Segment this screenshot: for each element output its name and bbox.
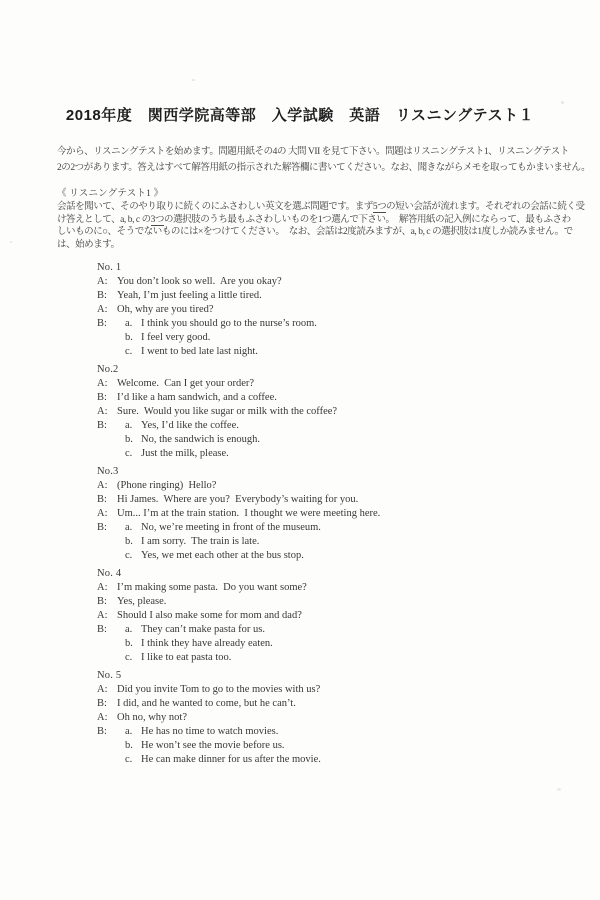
option-row: a.He has no time to watch movies. bbox=[125, 725, 321, 739]
option-letter: b. bbox=[125, 739, 141, 753]
options-row: B: a.Yes, I’d like the coffee. b.No, the… bbox=[97, 419, 543, 461]
speaker-label: B: bbox=[97, 725, 117, 739]
scan-artifact bbox=[10, 241, 12, 243]
speaker-label: B: bbox=[97, 521, 117, 535]
option-row: c.I went to bed late last night. bbox=[125, 345, 317, 359]
question-block: No. 1 A:You don’t look so well. Are you … bbox=[97, 261, 543, 359]
option-letter: c. bbox=[125, 549, 141, 563]
dialogue-row: A:Did you invite Tom to go to the movies… bbox=[97, 683, 543, 697]
option-row: c.I like to eat pasta too. bbox=[125, 651, 273, 665]
options-group: a.He has no time to watch movies. b.He w… bbox=[125, 725, 321, 767]
options-group: a.Yes, I’d like the coffee. b.No, the sa… bbox=[125, 419, 260, 461]
option-letter: c. bbox=[125, 651, 141, 665]
underlined-count: 5つ bbox=[373, 202, 386, 213]
dialogue-text: Um... I’m at the train station. I though… bbox=[117, 507, 380, 521]
option-text: I think you should go to the nurse’s roo… bbox=[141, 317, 317, 331]
dialogue-row: A:Oh, why are you tired? bbox=[97, 303, 543, 317]
dialogue-text: Yeah, I’m just feeling a little tired. bbox=[117, 289, 262, 303]
speaker-label: A: bbox=[97, 377, 117, 391]
intro-paragraph: 今から、リスニングテストを始めます。問題用紙その4の 大問 VII を見て下さい… bbox=[57, 145, 543, 176]
option-letter: a. bbox=[125, 725, 141, 739]
option-text: I like to eat pasta too. bbox=[141, 651, 231, 665]
intro-line: 2の2つがあります。答えはすべて解答用紙の指示された解答欄に書いてください。なお… bbox=[57, 161, 543, 177]
question-block: No.2 A:Welcome. Can I get your order? B:… bbox=[97, 363, 543, 461]
option-text: He has no time to watch movies. bbox=[141, 725, 278, 739]
dialogue-text: Should I also make some for mom and dad? bbox=[117, 609, 302, 623]
intro-line: 今から、リスニングテストを始めます。問題用紙その4の 大問 VII を見て下さい… bbox=[57, 145, 543, 161]
option-text: No, the sandwich is enough. bbox=[141, 433, 260, 447]
underlined-count: 3つ bbox=[151, 215, 164, 226]
scan-artifact bbox=[192, 79, 195, 81]
dialogue-row: A:Sure. Would you like sugar or milk wit… bbox=[97, 405, 543, 419]
option-row: b.He won’t see the movie before us. bbox=[125, 739, 321, 753]
speaker-label: A: bbox=[97, 303, 117, 317]
option-text: They can’t make pasta for us. bbox=[141, 623, 265, 637]
question-number: No.3 bbox=[97, 465, 543, 479]
option-row: c.He can make dinner for us after the mo… bbox=[125, 753, 321, 767]
dialogue-row: A:I’m making some pasta. Do you want som… bbox=[97, 581, 543, 595]
option-row: b.No, the sandwich is enough. bbox=[125, 433, 260, 447]
dialogue-row: A:(Phone ringing) Hello? bbox=[97, 479, 543, 493]
speaker-label: A: bbox=[97, 581, 117, 595]
scan-artifact bbox=[561, 101, 564, 104]
description-text: 会話を聞いて、そのやり取りに続くのにふさわしい英文を選ぶ問題です。まず bbox=[57, 202, 373, 212]
question-number: No. 1 bbox=[97, 261, 543, 275]
dialogue-row: B:I’d like a ham sandwich, and a coffee. bbox=[97, 391, 543, 405]
option-row: a.Yes, I’d like the coffee. bbox=[125, 419, 260, 433]
question-number: No.2 bbox=[97, 363, 543, 377]
question-block: No. 4 A:I’m making some pasta. Do you wa… bbox=[97, 567, 543, 665]
dialogue-text: Sure. Would you like sugar or milk with … bbox=[117, 405, 337, 419]
option-text: He won’t see the movie before us. bbox=[141, 739, 285, 753]
speaker-label: A: bbox=[97, 275, 117, 289]
question-number: No. 5 bbox=[97, 669, 543, 683]
dialogue-row: B:I did, and he wanted to come, but he c… bbox=[97, 697, 543, 711]
dialogue-text: Welcome. Can I get your order? bbox=[117, 377, 254, 391]
option-text: I am sorry. The train is late. bbox=[141, 535, 259, 549]
description-line: しいものに○、そうでないものには×をつけてください。 なお、会話は2度読みますが… bbox=[57, 226, 543, 239]
description-text: しいものに○、そうでないものには×をつけてください。 なお、会話は2度読みますが… bbox=[57, 227, 573, 237]
option-row: b.I feel very good. bbox=[125, 331, 317, 345]
option-letter: c. bbox=[125, 345, 141, 359]
description-line: は、始めます。 bbox=[57, 239, 543, 252]
options-row: B: a.They can’t make pasta for us. b.I t… bbox=[97, 623, 543, 665]
options-group: a.They can’t make pasta for us. b.I thin… bbox=[125, 623, 273, 665]
option-row: a.I think you should go to the nurse’s r… bbox=[125, 317, 317, 331]
option-row: b.I am sorry. The train is late. bbox=[125, 535, 321, 549]
option-letter: a. bbox=[125, 521, 141, 535]
page-content: 今から、リスニングテストを始めます。問題用紙その4の 大問 VII を見て下さい… bbox=[0, 145, 600, 767]
option-letter: b. bbox=[125, 331, 141, 345]
dialogue-row: B:Yes, please. bbox=[97, 595, 543, 609]
option-text: Just the milk, please. bbox=[141, 447, 229, 461]
speaker-label: B: bbox=[97, 317, 117, 331]
dialogue-text: I’m making some pasta. Do you want some? bbox=[117, 581, 307, 595]
option-text: I went to bed late last night. bbox=[141, 345, 258, 359]
option-row: a.No, we’re meeting in front of the muse… bbox=[125, 521, 321, 535]
options-group: a.I think you should go to the nurse’s r… bbox=[125, 317, 317, 359]
option-text: He can make dinner for us after the movi… bbox=[141, 753, 321, 767]
option-letter: c. bbox=[125, 447, 141, 461]
speaker-label: B: bbox=[97, 289, 117, 303]
dialogue-row: A:Um... I’m at the train station. I thou… bbox=[97, 507, 543, 521]
description-text: の短い会話が流れます。それぞれの会話に続く受 bbox=[386, 202, 584, 212]
description-text: は、始めます。 bbox=[57, 240, 120, 250]
option-letter: b. bbox=[125, 433, 141, 447]
speaker-label: B: bbox=[97, 391, 117, 405]
speaker-label: B: bbox=[97, 595, 117, 609]
speaker-label: A: bbox=[97, 711, 117, 725]
dialogue-text: Did you invite Tom to go to the movies w… bbox=[117, 683, 320, 697]
speaker-label: A: bbox=[97, 683, 117, 697]
dialogue-row: A:Oh no, why not? bbox=[97, 711, 543, 725]
dialogue-row: B:Hi James. Where are you? Everybody’s w… bbox=[97, 493, 543, 507]
option-text: No, we’re meeting in front of the museum… bbox=[141, 521, 321, 535]
dialogue-text: Oh, why are you tired? bbox=[117, 303, 214, 317]
speaker-label: B: bbox=[97, 493, 117, 507]
dialogue-text: Yes, please. bbox=[117, 595, 166, 609]
options-group: a.No, we’re meeting in front of the muse… bbox=[125, 521, 321, 563]
dialogue-text: Oh no, why not? bbox=[117, 711, 187, 725]
speaker-label: A: bbox=[97, 405, 117, 419]
option-row: c.Yes, we met each other at the bus stop… bbox=[125, 549, 321, 563]
option-letter: a. bbox=[125, 317, 141, 331]
description-line: け答えとして、a, b, c の3つの選択肢のうち最もふさわしいものを1つ選んで… bbox=[57, 214, 543, 227]
option-row: a.They can’t make pasta for us. bbox=[125, 623, 273, 637]
options-row: B: a.No, we’re meeting in front of the m… bbox=[97, 521, 543, 563]
options-row: B: a.I think you should go to the nurse’… bbox=[97, 317, 543, 359]
dialogue-text: You don’t look so well. Are you okay? bbox=[117, 275, 282, 289]
option-letter: a. bbox=[125, 623, 141, 637]
question-list: No. 1 A:You don’t look so well. Are you … bbox=[97, 261, 543, 767]
option-text: I think they have already eaten. bbox=[141, 637, 273, 651]
option-row: b.I think they have already eaten. bbox=[125, 637, 273, 651]
description-line: 会話を聞いて、そのやり取りに続くのにふさわしい英文を選ぶ問題です。まず5つの短い… bbox=[57, 201, 543, 214]
speaker-label: A: bbox=[97, 609, 117, 623]
description-text: け答えとして、a, b, c の bbox=[57, 215, 151, 225]
question-block: No.3 A:(Phone ringing) Hello? B:Hi James… bbox=[97, 465, 543, 563]
section-description: 会話を聞いて、そのやり取りに続くのにふさわしい英文を選ぶ問題です。まず5つの短い… bbox=[57, 201, 543, 251]
question-number: No. 4 bbox=[97, 567, 543, 581]
option-text: Yes, I’d like the coffee. bbox=[141, 419, 239, 433]
option-letter: b. bbox=[125, 637, 141, 651]
speaker-label: A: bbox=[97, 479, 117, 493]
option-letter: b. bbox=[125, 535, 141, 549]
option-text: Yes, we met each other at the bus stop. bbox=[141, 549, 304, 563]
scan-artifact bbox=[557, 788, 561, 791]
page-title: 2018年度 関西学院高等部 入学試験 英語 リスニングテスト１ bbox=[0, 0, 600, 125]
question-block: No. 5 A:Did you invite Tom to go to the … bbox=[97, 669, 543, 767]
dialogue-row: B:Yeah, I’m just feeling a little tired. bbox=[97, 289, 543, 303]
option-text: I feel very good. bbox=[141, 331, 210, 345]
speaker-label: B: bbox=[97, 697, 117, 711]
option-letter: a. bbox=[125, 419, 141, 433]
option-letter: c. bbox=[125, 753, 141, 767]
speaker-label: A: bbox=[97, 507, 117, 521]
dialogue-text: (Phone ringing) Hello? bbox=[117, 479, 216, 493]
dialogue-row: A:Welcome. Can I get your order? bbox=[97, 377, 543, 391]
dialogue-row: A:Should I also make some for mom and da… bbox=[97, 609, 543, 623]
section-heading: 《 リスニングテスト1 》 bbox=[57, 188, 543, 201]
description-text: の選択肢のうち最もふさわしいものを1つ選んで下さい。 解答用紙の記入例にならって… bbox=[164, 215, 571, 225]
dialogue-row: A:You don’t look so well. Are you okay? bbox=[97, 275, 543, 289]
dialogue-text: I’d like a ham sandwich, and a coffee. bbox=[117, 391, 277, 405]
dialogue-text: I did, and he wanted to come, but he can… bbox=[117, 697, 296, 711]
speaker-label: B: bbox=[97, 419, 117, 433]
scanned-exam-page: 2018年度 関西学院高等部 入学試験 英語 リスニングテスト１ 今から、リスニ… bbox=[0, 0, 600, 900]
option-row: c.Just the milk, please. bbox=[125, 447, 260, 461]
speaker-label: B: bbox=[97, 623, 117, 637]
dialogue-text: Hi James. Where are you? Everybody’s wai… bbox=[117, 493, 358, 507]
options-row: B: a.He has no time to watch movies. b.H… bbox=[97, 725, 543, 767]
